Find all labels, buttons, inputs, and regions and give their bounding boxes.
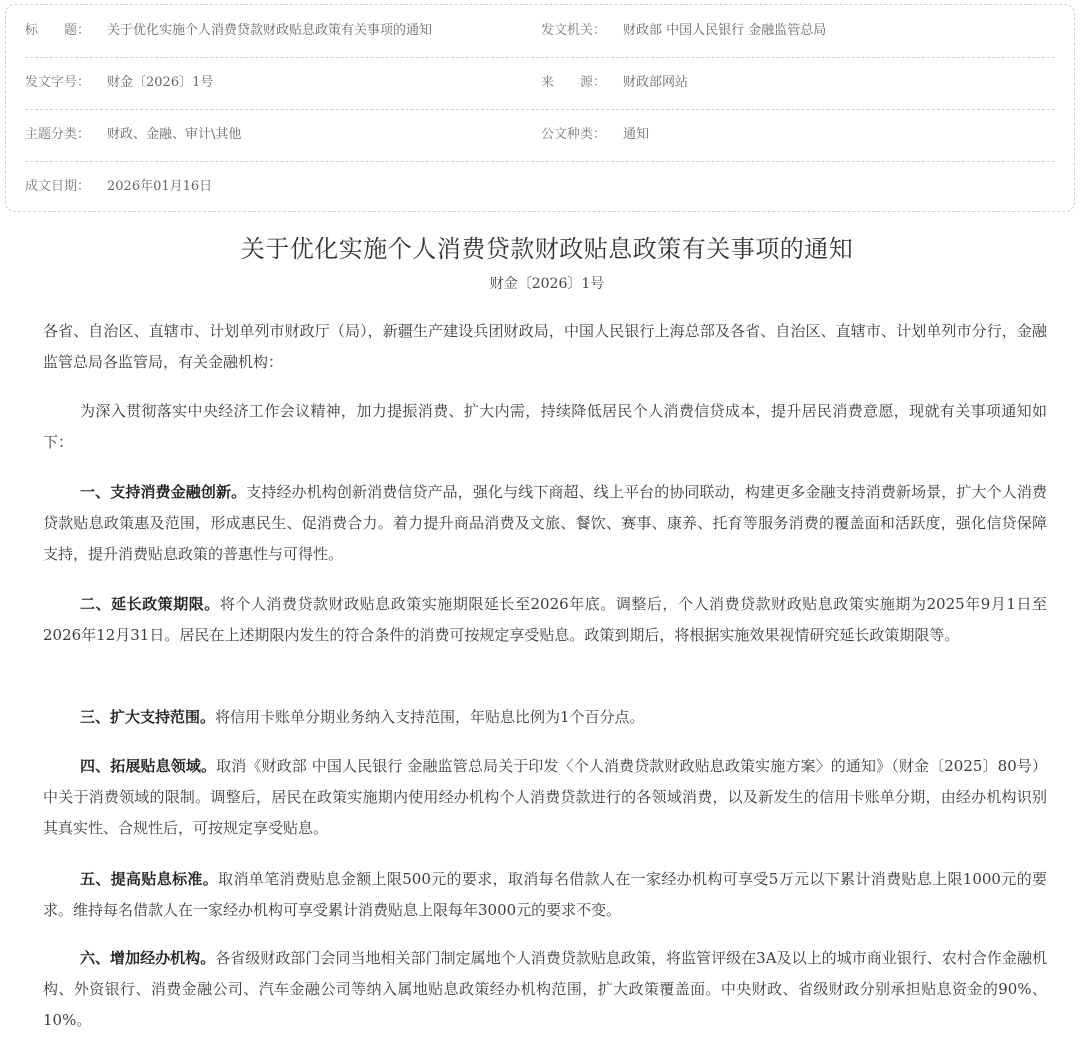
section-heading: 六、增加经办机构。 — [80, 949, 215, 967]
metadata-value: 2026年01月16日 — [107, 179, 212, 194]
section-1: 一、支持消费金融创新。支持经办机构创新消费信贷产品，强化与线下商超、线上平台的协… — [43, 477, 1047, 570]
document-body: 各省、自治区、直辖市、计划单列市财政厅（局），新疆生产建设兵团财政局，中国人民银… — [43, 316, 1047, 378]
metadata-issuer-field: 发文机关：财政部 中国人民银行 金融监管总局 — [541, 5, 826, 57]
metadata-row: 主题分类：财政、金融、审计\其他 公文种类：通知 — [25, 109, 1055, 162]
document-title: 关于优化实施个人消费贷款财政贴息政策有关事项的通知 — [0, 229, 1080, 264]
metadata-doc-number-field: 发文字号：财金〔2026〕1号 — [25, 57, 213, 109]
section-2: 二、延长政策期限。将个人消费贷款财政贴息政策实施期限延长至2026年底。调整后，… — [43, 589, 1047, 651]
section-paragraph: 一、支持消费金融创新。支持经办机构创新消费信贷产品，强化与线下商超、线上平台的协… — [43, 477, 1047, 570]
metadata-label: 主题分类： — [25, 109, 107, 161]
document-number: 财金〔2026〕1号 — [0, 273, 1080, 293]
metadata-doc-type-field: 公文种类：通知 — [541, 109, 649, 161]
section-text: 将信用卡账单分期业务纳入支持范围，年贴息比例为1个百分点。 — [215, 708, 645, 726]
metadata-value: 财政部 中国人民银行 金融监管总局 — [623, 23, 826, 38]
metadata-value: 财政、金融、审计\其他 — [107, 127, 241, 142]
metadata-label: 公文种类： — [541, 109, 623, 161]
intro-paragraph: 为深入贯彻落实中央经济工作会议精神，加力提振消费、扩大内需，持续降低居民个人消费… — [43, 396, 1047, 458]
metadata-category-field: 主题分类：财政、金融、审计\其他 — [25, 109, 241, 161]
section-paragraph: 三、扩大支持范围。将信用卡账单分期业务纳入支持范围，年贴息比例为1个百分点。 — [43, 702, 1047, 733]
metadata-value: 通知 — [623, 127, 649, 142]
metadata-row: 成文日期：2026年01月16日 — [25, 161, 1055, 213]
metadata-source-field: 来 源：财政部网站 — [541, 57, 688, 109]
metadata-label: 来 源： — [541, 57, 623, 109]
metadata-row: 标 题：关于优化实施个人消费贷款财政贴息政策有关事项的通知 发文机关：财政部 中… — [25, 5, 1055, 58]
section-heading: 五、提高贴息标准。 — [80, 870, 218, 888]
section-paragraph: 六、增加经办机构。各省级财政部门会同当地相关部门制定属地个人消费贷款贴息政策，将… — [43, 943, 1047, 1036]
section-6: 六、增加经办机构。各省级财政部门会同当地相关部门制定属地个人消费贷款贴息政策，将… — [43, 943, 1047, 1036]
section-heading: 三、扩大支持范围。 — [80, 708, 215, 726]
metadata-row: 发文字号：财金〔2026〕1号 来 源：财政部网站 — [25, 57, 1055, 110]
metadata-label: 发文字号： — [25, 57, 107, 109]
metadata-label: 标 题： — [25, 5, 107, 57]
metadata-label: 发文机关： — [541, 5, 623, 57]
section-paragraph: 四、拓展贴息领域。取消《财政部 中国人民银行 金融监管总局关于印发〈个人消费贷款… — [43, 751, 1047, 844]
section-paragraph: 五、提高贴息标准。取消单笔消费贴息金额上限500元的要求，取消每名借款人在一家经… — [43, 864, 1047, 926]
metadata-value: 财政部网站 — [623, 75, 688, 90]
metadata-date-field: 成文日期：2026年01月16日 — [25, 161, 212, 213]
section-4: 四、拓展贴息领域。取消《财政部 中国人民银行 金融监管总局关于印发〈个人消费贷款… — [43, 751, 1047, 844]
section-paragraph: 二、延长政策期限。将个人消费贷款财政贴息政策实施期限延长至2026年底。调整后，… — [43, 589, 1047, 651]
section-5: 五、提高贴息标准。取消单笔消费贴息金额上限500元的要求，取消每名借款人在一家经… — [43, 864, 1047, 926]
section-heading: 一、支持消费金融创新。 — [80, 483, 246, 501]
document-metadata-panel: 标 题：关于优化实施个人消费贷款财政贴息政策有关事项的通知 发文机关：财政部 中… — [5, 4, 1075, 212]
document-body: 为深入贯彻落实中央经济工作会议精神，加力提振消费、扩大内需，持续降低居民个人消费… — [43, 396, 1047, 458]
metadata-title-field: 标 题：关于优化实施个人消费贷款财政贴息政策有关事项的通知 — [25, 5, 432, 57]
metadata-value: 财金〔2026〕1号 — [107, 75, 213, 90]
metadata-label: 成文日期： — [25, 161, 107, 213]
section-heading: 四、拓展贴息领域。 — [80, 757, 216, 775]
metadata-value: 关于优化实施个人消费贷款财政贴息政策有关事项的通知 — [107, 23, 432, 38]
recipients-paragraph: 各省、自治区、直辖市、计划单列市财政厅（局），新疆生产建设兵团财政局，中国人民银… — [43, 316, 1047, 378]
section-3: 三、扩大支持范围。将信用卡账单分期业务纳入支持范围，年贴息比例为1个百分点。 — [43, 702, 1047, 733]
section-heading: 二、延长政策期限。 — [80, 595, 220, 613]
